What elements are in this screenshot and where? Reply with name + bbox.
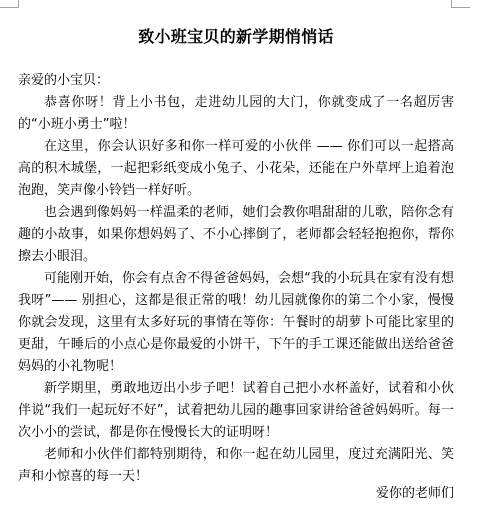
paragraph-congratulations: 恭喜你呀！背上小书包，走进幼儿园的大门，你就变成了一名超厉害的“小班小勇士”啦！	[18, 92, 454, 136]
page-corner-mark-top-left	[0, 0, 19, 8]
paragraph-friends: 在这里，你会认识好多和你一样可爱的小伙伴 —— 你们可以一起搭高高的积木城堡，一…	[18, 136, 454, 202]
paragraph-teachers: 也会遇到像妈妈一样温柔的老师，她们会教你唱甜甜的儿歌，陪你念有趣的小故事，如果你…	[18, 202, 454, 268]
paragraph-missing-parents: 可能刚开始，你会有点舍不得爸爸妈妈，会想“我的小玩具在家有没有想我呀”—— 别担…	[18, 268, 454, 378]
paragraph-new-semester: 新学期里，勇敢地迈出小步子吧！试着自己把小水杯盖好，试着和小伙伴说“我们一起玩好…	[18, 378, 454, 444]
paragraph-closing: 老师和小伙伴们都特别期待，和你一起在幼儿园里，度过充满阳光、笑声和小惊喜的每一天…	[18, 444, 454, 488]
salutation: 亲爱的小宝贝：	[18, 70, 454, 92]
document-body: 亲爱的小宝贝： 恭喜你呀！背上小书包，走进幼儿园的大门，你就变成了一名超厉害的“…	[18, 70, 454, 488]
document-title: 致小班宝贝的新学期悄悄话	[18, 26, 454, 48]
page-corner-mark-top-right	[451, 0, 470, 8]
signature: 爱你的老师们	[376, 483, 454, 505]
